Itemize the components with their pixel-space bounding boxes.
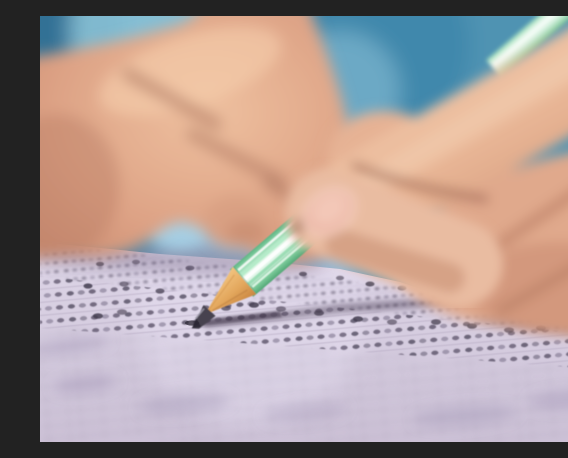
- pencil-contact-mark: [185, 320, 199, 325]
- exam-photo: [40, 16, 568, 442]
- left-fingertip-shade: [226, 220, 266, 244]
- photo-canvas: [40, 16, 568, 442]
